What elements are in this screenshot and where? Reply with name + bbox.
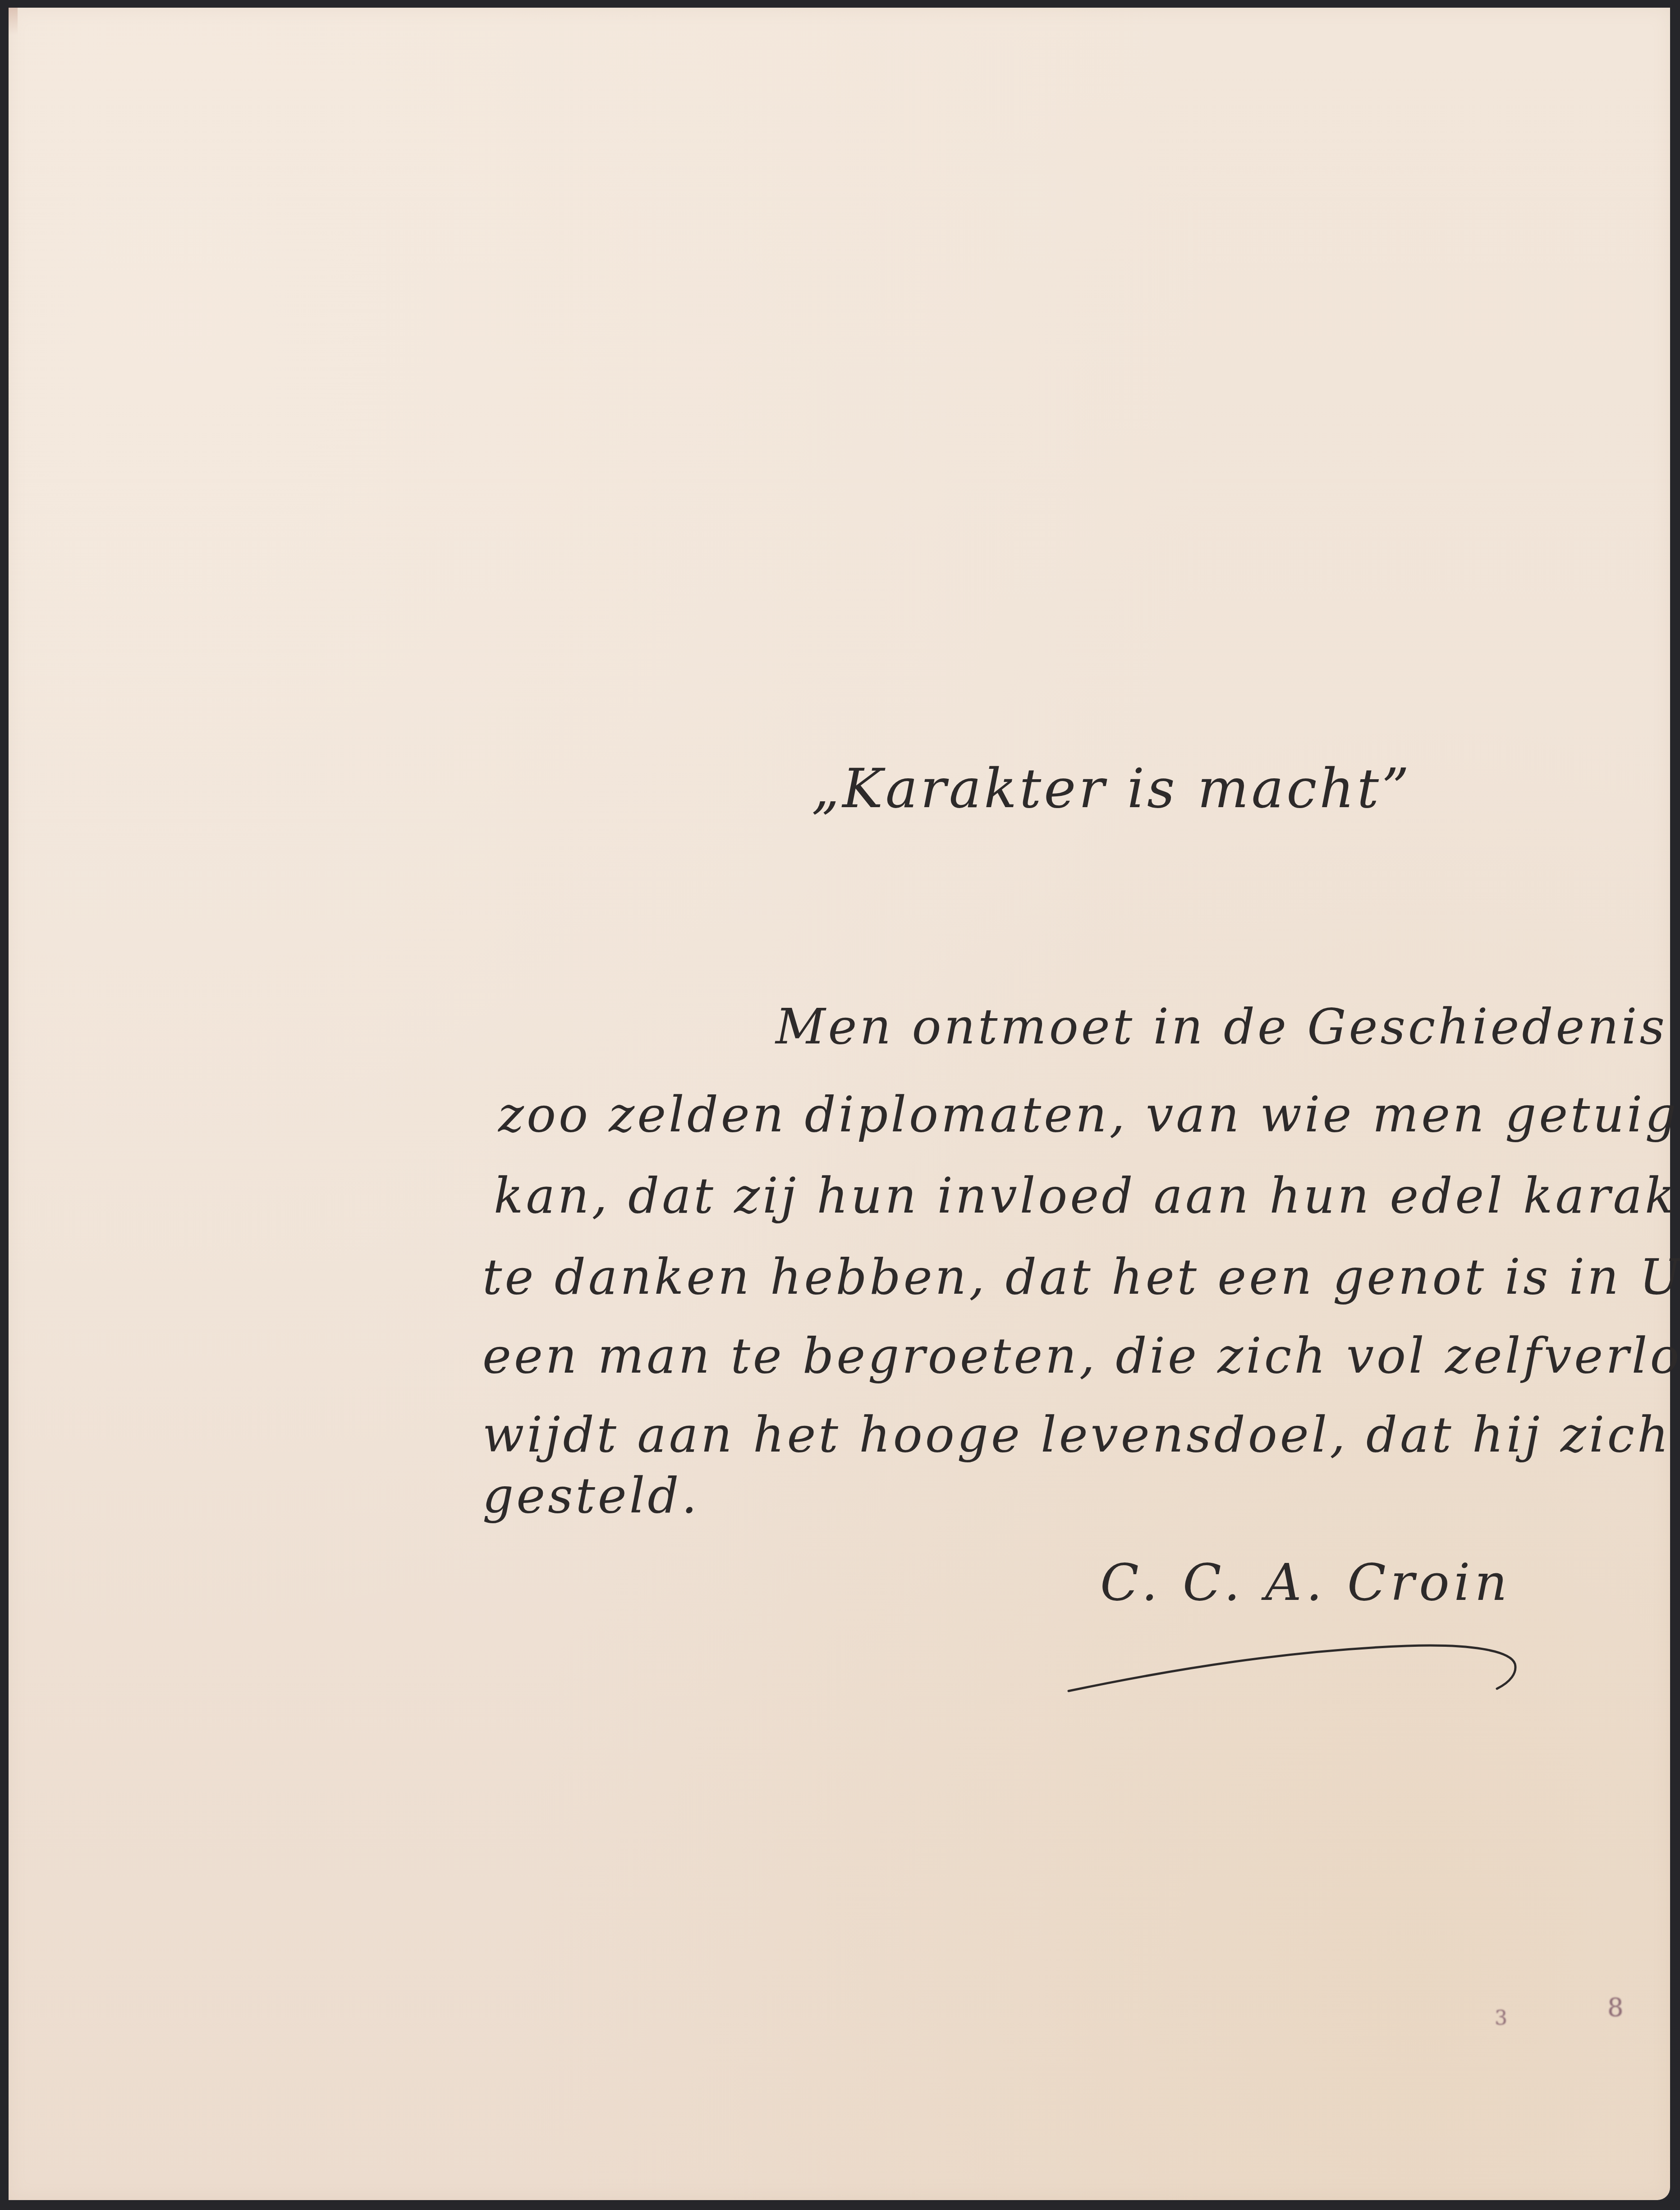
letter-title: „Karakter is macht” (812, 758, 1412, 820)
body-line-3: kan, dat zij hun invloed aan hun edel ka… (494, 1168, 1680, 1224)
signature-flourish-icon (1064, 1632, 1529, 1695)
stamp-mark-left: 3 (1495, 2007, 1507, 2030)
body-line-2: zoo zelden diplomaten, van wie men getui… (498, 1087, 1680, 1143)
stamp-mark-right: 8 (1607, 1993, 1624, 2022)
body-line-5: een man te begroeten, die zich vol zelfv… (482, 1328, 1680, 1384)
body-line-6: wijdt aan het hooge levensdoel, dat hij … (482, 1407, 1680, 1463)
body-line-4: te danken hebben, dat het een genot is i… (482, 1249, 1680, 1305)
signature: C. C. A. Croin (1100, 1553, 1512, 1612)
body-line-1: Men ontmoet in de Geschiedenis (776, 999, 1667, 1055)
body-line-7: gesteld. (482, 1468, 700, 1524)
paper-edge-stain (9, 8, 18, 35)
